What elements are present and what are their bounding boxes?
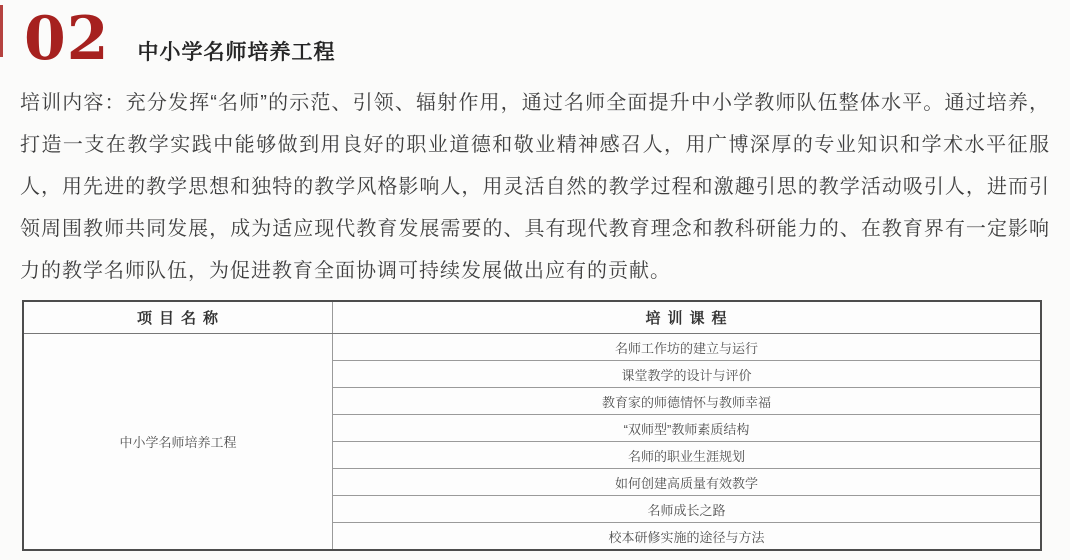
table-header-row: 项目名称 培训课程 bbox=[23, 301, 1041, 334]
course-cell: 教育家的师德情怀与教师幸福 bbox=[333, 388, 1042, 415]
training-course-table: 项目名称 培训课程 中小学名师培养工程 名师工作坊的建立与运行 课堂教学的设计与… bbox=[22, 300, 1042, 551]
column-header-project-name: 项目名称 bbox=[23, 301, 333, 334]
course-cell: 名师工作坊的建立与运行 bbox=[333, 334, 1042, 361]
document-page: 02 中小学名师培养工程 培训内容：充分发挥“名师”的示范、引领、辐射作用，通过… bbox=[0, 0, 1070, 560]
course-cell: 校本研修实施的途径与方法 bbox=[333, 523, 1042, 551]
section-number: 02 bbox=[24, 6, 110, 72]
course-cell: 名师成长之路 bbox=[333, 496, 1042, 523]
course-cell: 课堂教学的设计与评价 bbox=[333, 361, 1042, 388]
section-header: 02 中小学名师培养工程 bbox=[0, 0, 1070, 72]
section-title: 中小学名师培养工程 bbox=[138, 36, 336, 66]
course-cell: “双师型”教师素质结构 bbox=[333, 415, 1042, 442]
course-cell: 名师的职业生涯规划 bbox=[333, 442, 1042, 469]
table-row: 中小学名师培养工程 名师工作坊的建立与运行 bbox=[23, 334, 1041, 361]
red-accent-bar bbox=[0, 5, 3, 57]
project-name-cell: 中小学名师培养工程 bbox=[23, 334, 333, 551]
course-cell: 如何创建高质量有效教学 bbox=[333, 469, 1042, 496]
column-header-training-courses: 培训课程 bbox=[333, 301, 1042, 334]
intro-paragraph: 培训内容：充分发挥“名师”的示范、引领、辐射作用，通过名师全面提升中小学教师队伍… bbox=[20, 82, 1050, 292]
